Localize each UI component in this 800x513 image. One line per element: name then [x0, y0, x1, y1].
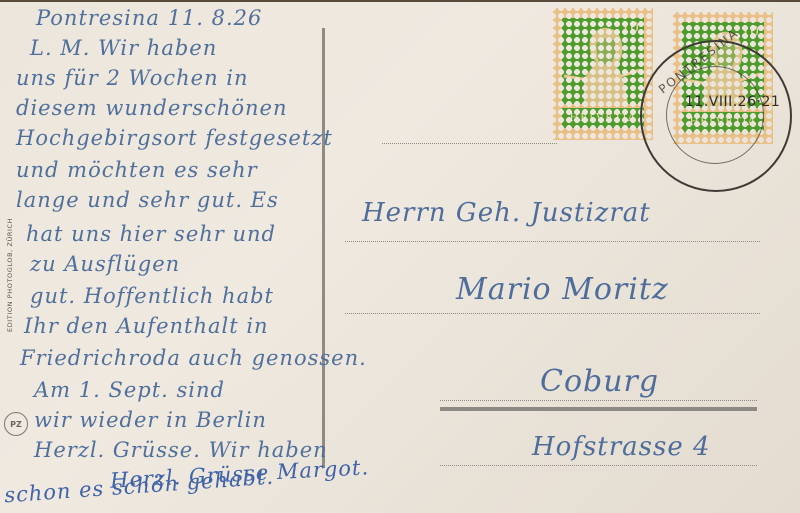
message-line: und möchten es sehr [16, 158, 258, 182]
address-recipient: Herrn Geh. Justizrat [362, 198, 651, 228]
stamp-value: 10 [741, 24, 759, 40]
address-city: Coburg [540, 364, 659, 399]
message-line: wir wieder in Berlin [34, 408, 267, 432]
postage-stamp: 10 HELVETIA [553, 8, 653, 140]
message-line: L. M. Wir haben [30, 36, 217, 60]
publisher-imprint: EDITION PHOTOGLOB, ZÜRICH [6, 218, 14, 332]
postmark-ring [640, 40, 792, 192]
message-line: gut. Hoffentlich habt [30, 284, 274, 308]
message-line: Pontresina 11. 8.26 [36, 6, 262, 30]
address-line-1 [382, 143, 557, 144]
address-street: Hofstrasse 4 [532, 432, 711, 462]
address-line-2 [345, 241, 760, 242]
postcard: EDITION PHOTOGLOB, ZÜRICH PZ Pontresina … [0, 2, 800, 513]
message-line: Hochgebirgsort festgesetzt [16, 126, 333, 150]
address-line-3 [345, 313, 760, 314]
message-line: uns für 2 Wochen in [16, 66, 249, 90]
stamp-value: 10 [621, 20, 639, 36]
message-line: lange und sehr gut. Es [16, 188, 279, 212]
message-line: Am 1. Sept. sind [34, 378, 225, 402]
address-line-4 [440, 400, 757, 401]
stamp-country: HELVETIA [562, 108, 644, 128]
message-line: Ihr den Aufenthalt in [24, 314, 269, 338]
message-address-divider [322, 28, 325, 468]
postmark-date: 11.VIII.26·21 [685, 94, 780, 110]
message-line: Friedrichroda auch genossen. [20, 346, 367, 370]
message-line: diesem wunderschönen [16, 96, 288, 120]
address-name: Mario Moritz [456, 272, 669, 307]
message-line: hat uns hier sehr und [26, 222, 276, 246]
message-line: zu Ausflügen [30, 252, 180, 276]
address-line-5 [440, 465, 757, 466]
city-underline [440, 407, 757, 411]
publisher-logo: PZ [4, 412, 28, 436]
message-line: Herzl. Grüsse. Wir haben [34, 438, 328, 462]
